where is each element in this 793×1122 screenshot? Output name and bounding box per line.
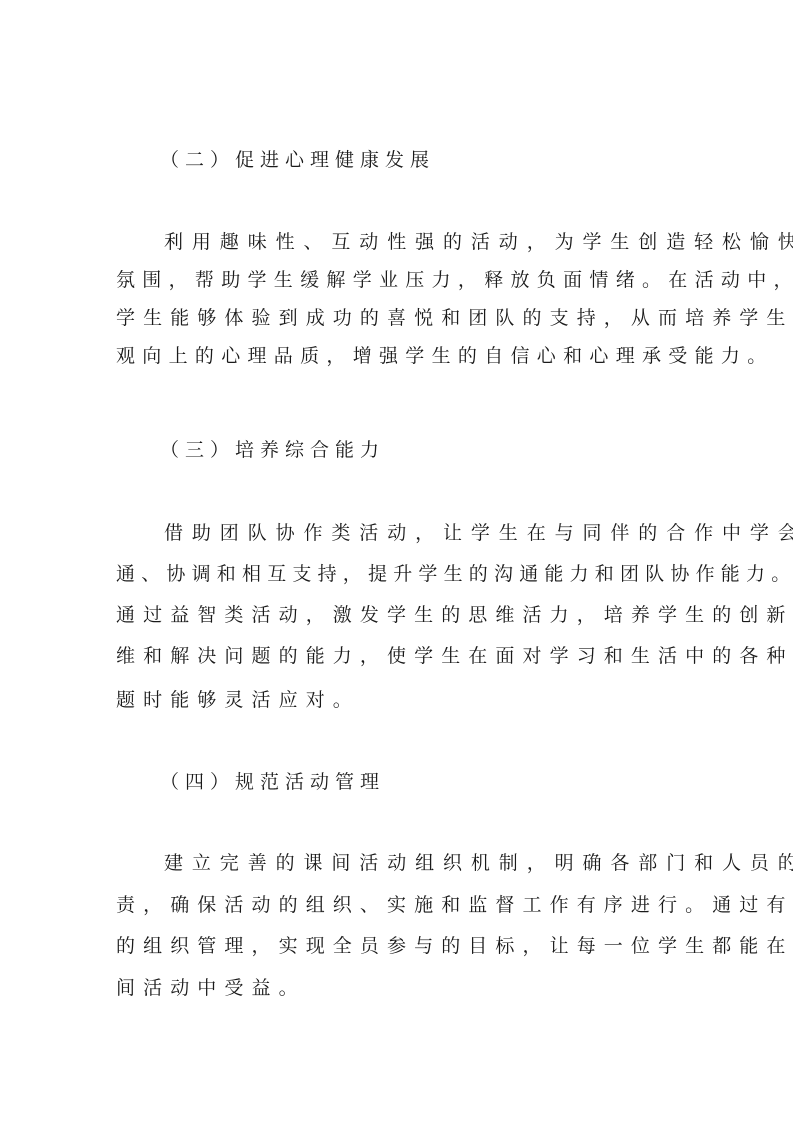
section-heading-2: （二）促进心理健康发展 bbox=[160, 148, 740, 172]
paragraph-line: 维和解决问题的能力，使学生在面对学习和生活中的各种问 bbox=[116, 644, 696, 668]
section-heading-3: （三）培养综合能力 bbox=[160, 438, 740, 462]
paragraph-line: 氛围，帮助学生缓解学业压力，释放负面情绪。在活动中， bbox=[116, 268, 696, 292]
section-heading-4: （四）规范活动管理 bbox=[160, 770, 740, 794]
paragraph-line: 责，确保活动的组织、实施和监督工作有序进行。通过有效 bbox=[116, 893, 696, 917]
paragraph-line: 通、协调和相互支持，提升学生的沟通能力和团队协作能力。 bbox=[116, 562, 696, 586]
paragraph-line: 题时能够灵活应对。 bbox=[116, 688, 696, 712]
paragraph-line: 学生能够体验到成功的喜悦和团队的支持，从而培养学生乐 bbox=[116, 306, 696, 330]
paragraph-line: 建立完善的课间活动组织机制，明确各部门和人员的职 bbox=[164, 851, 744, 875]
paragraph-line: 通过益智类活动，激发学生的思维活力，培养学生的创新思 bbox=[116, 603, 696, 627]
paragraph-line: 的组织管理，实现全员参与的目标，让每一位学生都能在课 bbox=[116, 934, 696, 958]
paragraph-line: 间活动中受益。 bbox=[116, 976, 696, 1000]
document-page: （二）促进心理健康发展 利用趣味性、互动性强的活动，为学生创造轻松愉快的 氛围，… bbox=[0, 0, 793, 1122]
paragraph-line: 利用趣味性、互动性强的活动，为学生创造轻松愉快的 bbox=[164, 230, 744, 254]
paragraph-line: 借助团队协作类活动，让学生在与同伴的合作中学会沟 bbox=[164, 521, 744, 545]
paragraph-line: 观向上的心理品质，增强学生的自信心和心理承受能力。 bbox=[116, 344, 696, 368]
